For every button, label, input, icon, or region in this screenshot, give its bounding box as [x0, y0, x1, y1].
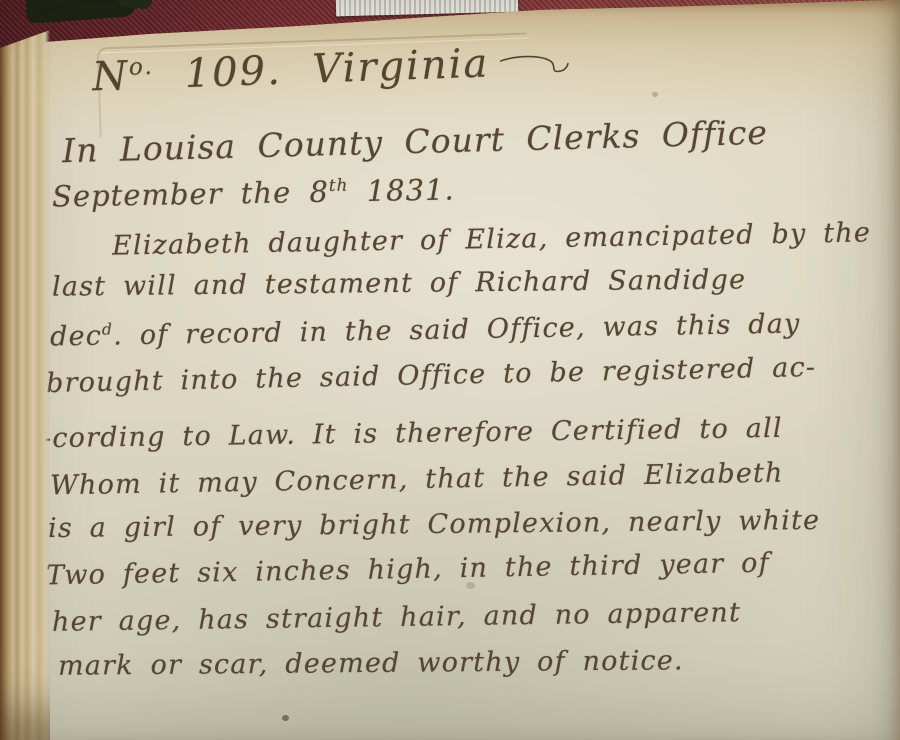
manuscript-line: -cording to Law. It is therefore Certifi… — [42, 413, 783, 454]
manuscript-line: brought into the said Office to be regis… — [46, 352, 817, 399]
photo-frame: No. 109. Virginia In Louisa County Court… — [0, 0, 900, 740]
manuscript-line: Two feet six inches high, in the third y… — [46, 548, 770, 592]
manuscript-line: mark or scar, deemed worthy of notice. — [58, 645, 684, 681]
pen-flourish-icon — [499, 51, 570, 79]
manuscript-body: No. 109. Virginia In Louisa County Court… — [0, 0, 900, 740]
manuscript-line: Whom it may Concern, that the said Eliza… — [50, 458, 784, 502]
manuscript-line: her age, has straight hair, and no appar… — [52, 597, 741, 638]
manuscript-line: Elizabeth daughter of Eliza, emancipated… — [112, 217, 872, 261]
manuscript-line: decd. of record in the said Office, was … — [50, 307, 801, 352]
date-line: September the 8th 1831. — [52, 172, 455, 213]
office-line: In Louisa County Court Clerks Office — [62, 113, 769, 170]
manuscript-line: last will and testament of Richard Sandi… — [52, 264, 747, 302]
state-name: Virginia — [312, 40, 490, 92]
entry-number: No. 109. — [91, 48, 282, 101]
book-page: No. 109. Virginia In Louisa County Court… — [0, 0, 900, 740]
entry-heading: No. 109. Virginia — [91, 38, 570, 101]
manuscript-line: is a girl of very bright Complexion, nea… — [48, 505, 821, 544]
page-edge-stack — [0, 14, 50, 740]
